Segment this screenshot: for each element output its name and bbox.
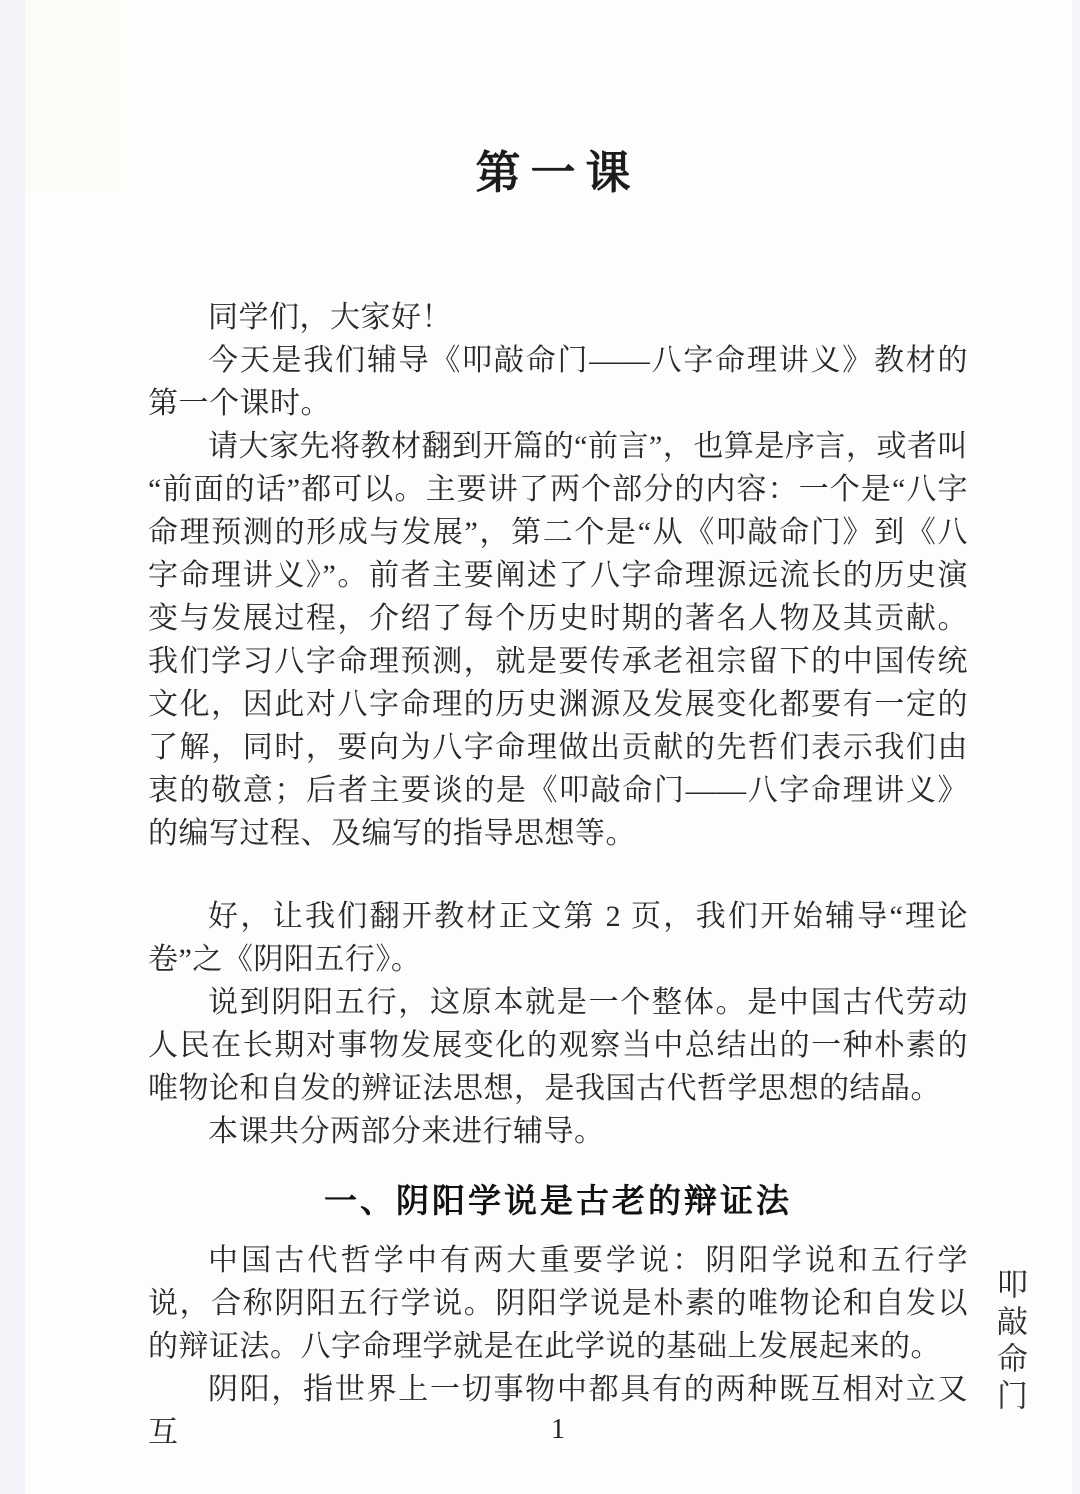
page-content: 第一课 同学们，大家好！ 今天是我们辅导《叩敲命门——八字命理讲义》教材的第一个… bbox=[148, 0, 968, 1454]
paragraph: 请大家先将教材翻到开篇的“前言”，也算是序言，或者叫“前面的话”都可以。主要讲了… bbox=[148, 425, 968, 855]
page-edge-right bbox=[1072, 0, 1080, 1494]
paragraph: 说到阴阳五行，这原本就是一个整体。是中国古代劳动人民在长期对事物发展变化的观察当… bbox=[148, 981, 968, 1110]
paragraph: 同学们，大家好！ bbox=[148, 296, 968, 339]
paragraph: 今天是我们辅导《叩敲命门——八字命理讲义》教材的第一个课时。 bbox=[148, 339, 968, 425]
book-title-vertical: 叩敲命门 bbox=[987, 1268, 1032, 1416]
section-heading: 一、阴阳学说是古老的辩证法 bbox=[148, 1179, 968, 1223]
page-number: 1 bbox=[148, 1414, 968, 1446]
page-edge-left bbox=[0, 0, 25, 1494]
scanned-book-page: 第一课 同学们，大家好！ 今天是我们辅导《叩敲命门——八字命理讲义》教材的第一个… bbox=[0, 0, 1080, 1494]
paragraph: 好，让我们翻开教材正文第 2 页，我们开始辅导“理论卷”之《阴阳五行》。 bbox=[148, 895, 968, 981]
scan-shading bbox=[25, 0, 120, 190]
lesson-title: 第一课 bbox=[148, 146, 968, 200]
paragraph: 本课共分两部分来进行辅导。 bbox=[148, 1110, 968, 1153]
paragraph: 中国古代哲学中有两大重要学说：阴阳学说和五行学说，合称阴阳五行学说。阴阳学说是朴… bbox=[148, 1239, 968, 1368]
